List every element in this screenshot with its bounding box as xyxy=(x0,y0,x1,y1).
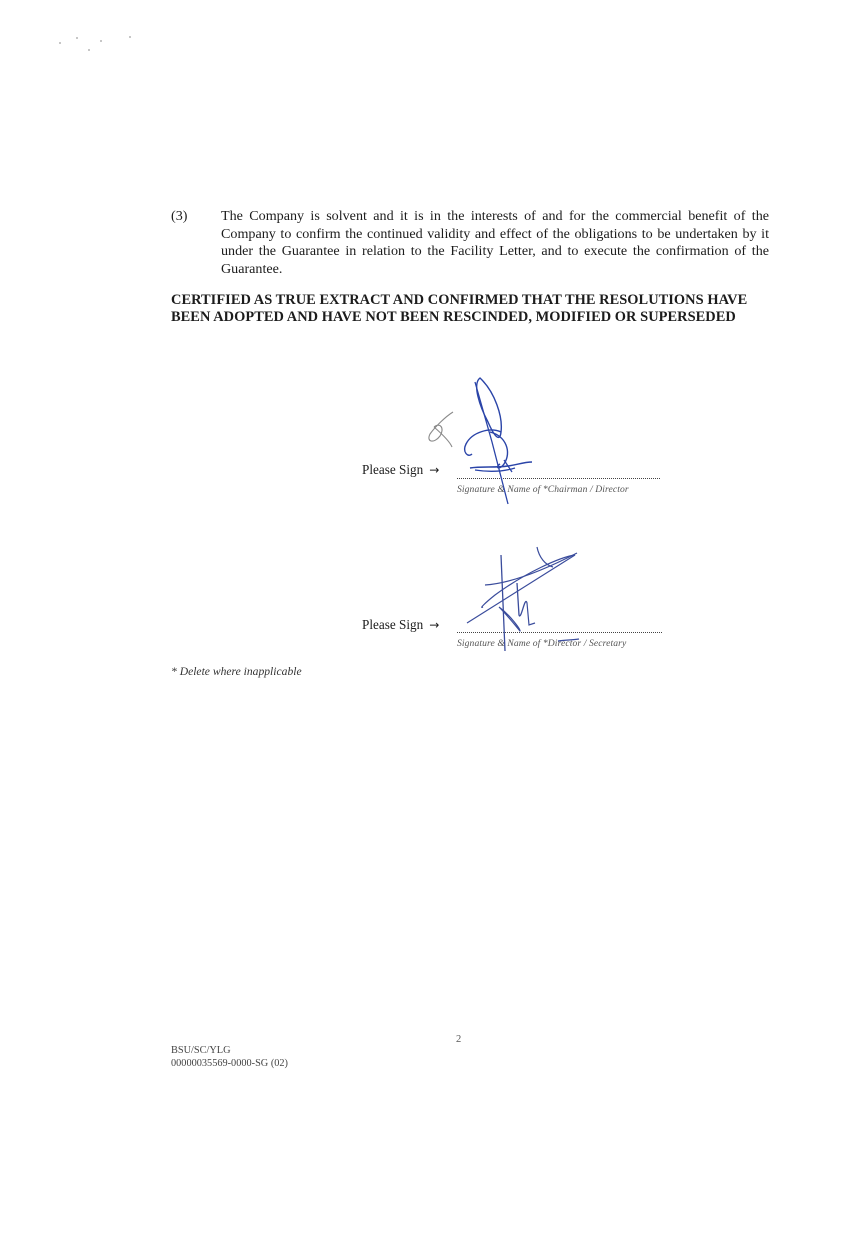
footnote-delete-where-inapplicable: * Delete where inapplicable xyxy=(171,665,302,678)
please-sign-label: Please Sign→ xyxy=(362,462,439,478)
document-page: (3) The Company is solvent and it is in … xyxy=(0,0,864,1236)
reference-line-code: 00000035569-0000-SG (02) xyxy=(171,1058,288,1071)
page-number: 2 xyxy=(456,1034,461,1045)
signature-caption: Signature & Name of *Chairman / Director xyxy=(457,484,629,495)
arrow-right-icon: → xyxy=(429,463,439,477)
handwritten-signature-1 xyxy=(420,372,570,522)
clause-number: (3) xyxy=(171,208,187,226)
signature-line[interactable] xyxy=(457,632,662,633)
signature-caption: Signature & Name of *Director / Secretar… xyxy=(457,638,626,649)
please-sign-label: Please Sign→ xyxy=(362,617,439,633)
certification-statement: CERTIFIED AS TRUE EXTRACT AND CONFIRMED … xyxy=(171,292,771,327)
clause-text: The Company is solvent and it is in the … xyxy=(221,208,769,278)
arrow-right-icon: → xyxy=(429,618,439,632)
reference-line-initials: BSU/SC/YLG xyxy=(171,1045,288,1058)
signature-line[interactable] xyxy=(457,478,660,479)
scan-specks xyxy=(55,34,145,54)
document-reference: BSU/SC/YLG 00000035569-0000-SG (02) xyxy=(171,1045,288,1071)
